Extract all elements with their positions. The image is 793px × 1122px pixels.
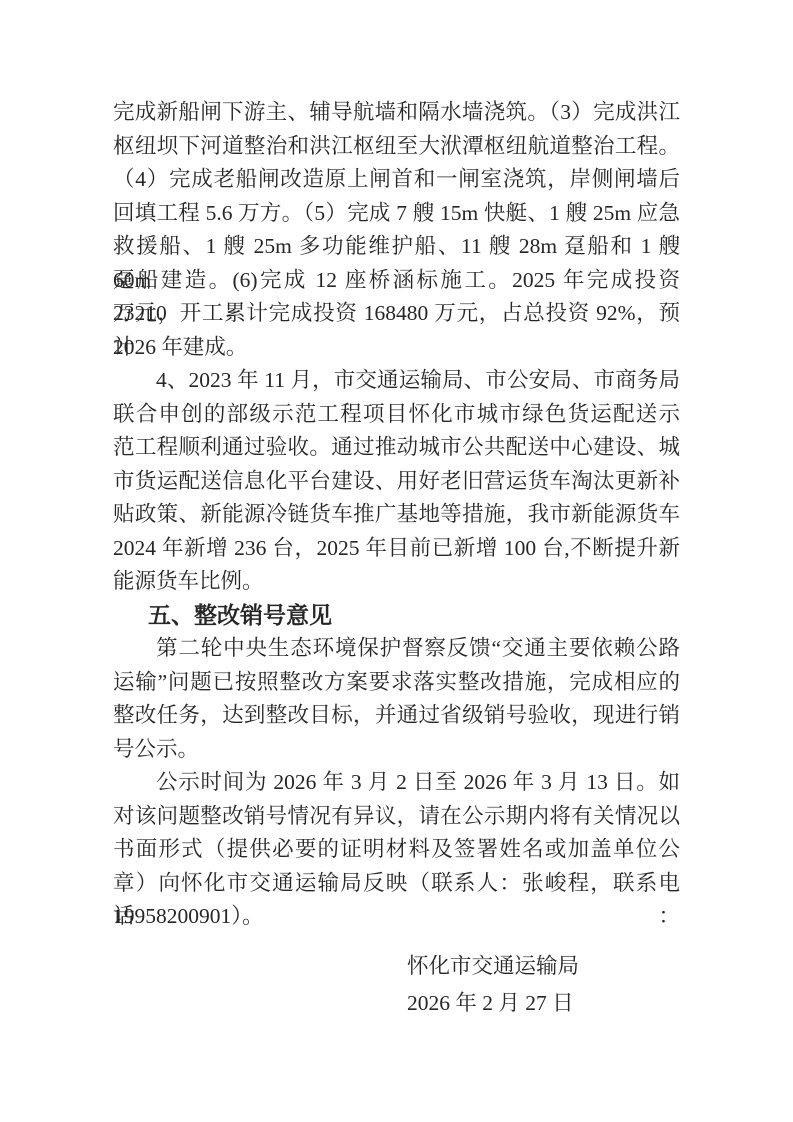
body-line: 救援船、1 艘 25m 多功能维护船、11 艘 28m 趸船和 1 艘 60m [113, 230, 680, 264]
body-line: 对该问题整改销号情况有异议，请在公示期内将有关情况以 [113, 800, 680, 834]
body-line: 联合申创的部级示范工程项目怀化市城市绿色货运配送示 [113, 398, 680, 432]
body-line: 万元，开工累计完成投资 168480 万元，占总投资 92%，预计 [113, 297, 680, 331]
body-line: 书面形式（提供必要的证明材料及签署姓名或加盖单位公 [113, 833, 680, 867]
body-line: 枢纽坝下河道整治和洪江枢纽至大洑潭枢纽航道整治工程。 [113, 130, 680, 164]
body-line: 运输”问题已按照整改方案要求落实整改措施，完成相应的 [113, 666, 680, 700]
section-heading: 五、整改销号意见 [113, 599, 680, 633]
signature-org: 怀化市交通运输局 [113, 948, 680, 985]
body-line: 回填工程 5.6 万方。（5）完成 7 艘 15m 快艇、1 艘 25m 应急 [113, 197, 680, 231]
body-line: 贴政策、新能源冷链货车推广基地等措施，我市新能源货车 [113, 498, 680, 532]
body-line: 公示时间为 2026 年 3 月 2 日至 2026 年 3 月 13 日。如 [113, 766, 680, 800]
document-text-block: 完成新船闸下游主、辅导航墙和隔水墙浇筑。（3）完成洪江 枢纽坝下河道整治和洪江枢… [113, 96, 680, 1022]
body-line: 2026 年建成。 [113, 331, 680, 365]
signature-date: 2026 年 2 月 27 日 [113, 985, 680, 1022]
body-line: 范工程顺利通过验收。通过推动城市公共配送中心建设、城 [113, 431, 680, 465]
body-line: 号公示。 [113, 733, 680, 767]
document-page: 完成新船闸下游主、辅导航墙和隔水墙浇筑。（3）完成洪江 枢纽坝下河道整治和洪江枢… [0, 0, 793, 1122]
body-line: 趸船建造。(6)完成 12 座桥涵标施工。2025 年完成投资 23210 [113, 264, 680, 298]
body-line: （4）完成老船闸改造原上闸首和一闸室浇筑，岸侧闸墙后 [113, 163, 680, 197]
body-line: 第二轮中央生态环境保护督察反馈“交通主要依赖公路 [113, 632, 680, 666]
body-line: 能源货车比例。 [113, 565, 680, 599]
body-line: 市货运配送信息化平台建设、用好老旧营运货车淘汰更新补 [113, 465, 680, 499]
body-line: 2024 年新增 236 台，2025 年目前已新增 100 台,不断提升新 [113, 532, 680, 566]
body-line: 完成新船闸下游主、辅导航墙和隔水墙浇筑。（3）完成洪江 [113, 96, 680, 130]
body-line: 4、2023 年 11 月，市交通运输局、市公安局、市商务局 [113, 364, 680, 398]
body-line: 章）向怀化市交通运输局反映（联系人：张峻程，联系电话： [113, 867, 680, 901]
signature-block: 怀化市交通运输局 2026 年 2 月 27 日 [113, 948, 680, 1022]
body-line: 整改任务，达到整改目标，并通过省级销号验收，现进行销 [113, 699, 680, 733]
